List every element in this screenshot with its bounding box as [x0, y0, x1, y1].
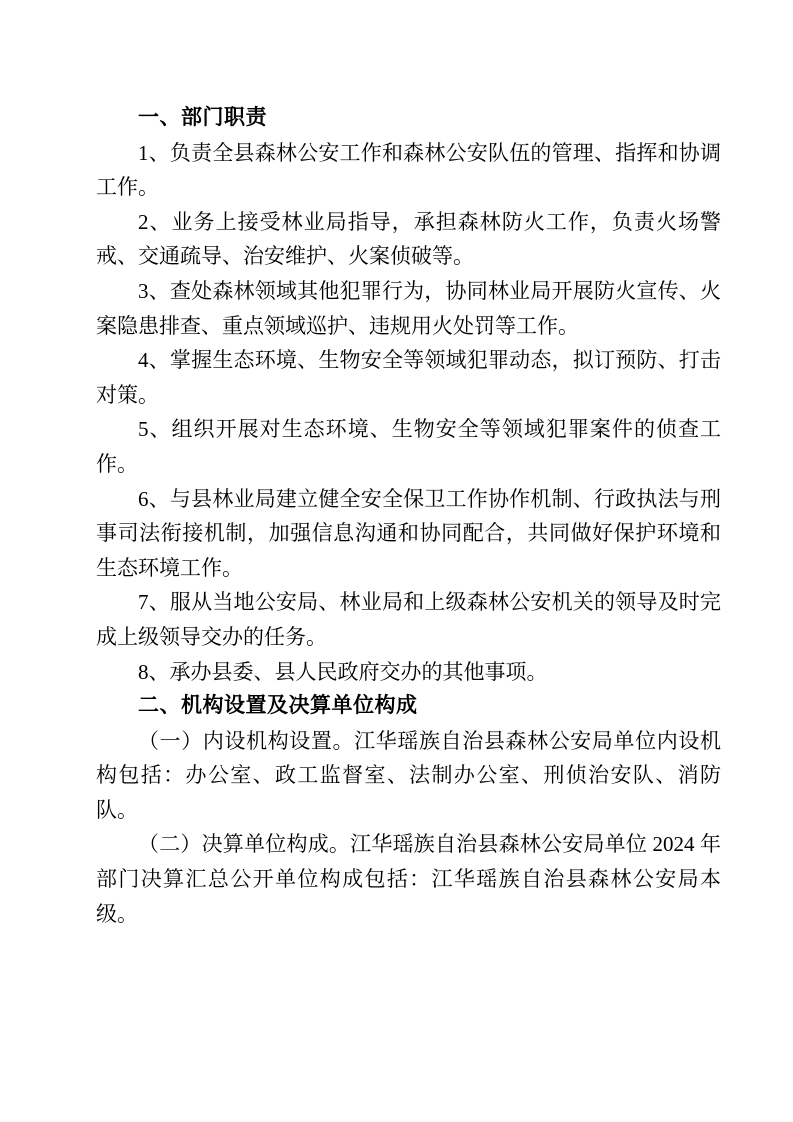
section-1-heading: 一、部门职责: [96, 101, 721, 136]
duty-item-1: 1、负责全县森林公安工作和森林公安队伍的管理、指挥和协调工作。: [96, 136, 721, 205]
duty-item-7: 7、服从当地公安局、林业局和上级森林公安机关的领导及时完成上级领导交办的任务。: [96, 585, 721, 654]
org-setup-paragraph: （一）内设机构设置。江华瑶族自治县森林公安局单位内设机构包括：办公室、政工监督室…: [96, 724, 721, 828]
duty-item-5: 5、组织开展对生态环境、生物安全等领域犯罪案件的侦查工作。: [96, 412, 721, 481]
document-page: 一、部门职责 1、负责全县森林公安工作和森林公安队伍的管理、指挥和协调工作。 2…: [0, 0, 793, 1122]
duty-item-4: 4、掌握生态环境、生物安全等领域犯罪动态，拟订预防、打击对策。: [96, 343, 721, 412]
document-body: 一、部门职责 1、负责全县森林公安工作和森林公安队伍的管理、指挥和协调工作。 2…: [96, 101, 721, 931]
duty-item-2: 2、业务上接受林业局指导，承担森林防火工作，负责火场警戒、交通疏导、治安维护、火…: [96, 205, 721, 274]
accounting-units-paragraph: （二）决算单位构成。江华瑶族自治县森林公安局单位 2024 年部门决算汇总公开单…: [96, 827, 721, 931]
section-2-heading: 二、机构设置及决算单位构成: [96, 689, 721, 724]
duty-item-8: 8、承办县委、县人民政府交办的其他事项。: [96, 655, 721, 690]
duty-item-3: 3、查处森林领域其他犯罪行为，协同林业局开展防火宣传、火案隐患排查、重点领域巡护…: [96, 274, 721, 343]
duty-item-6: 6、与县林业局建立健全安全保卫工作协作机制、行政执法与刑事司法衔接机制，加强信息…: [96, 482, 721, 586]
